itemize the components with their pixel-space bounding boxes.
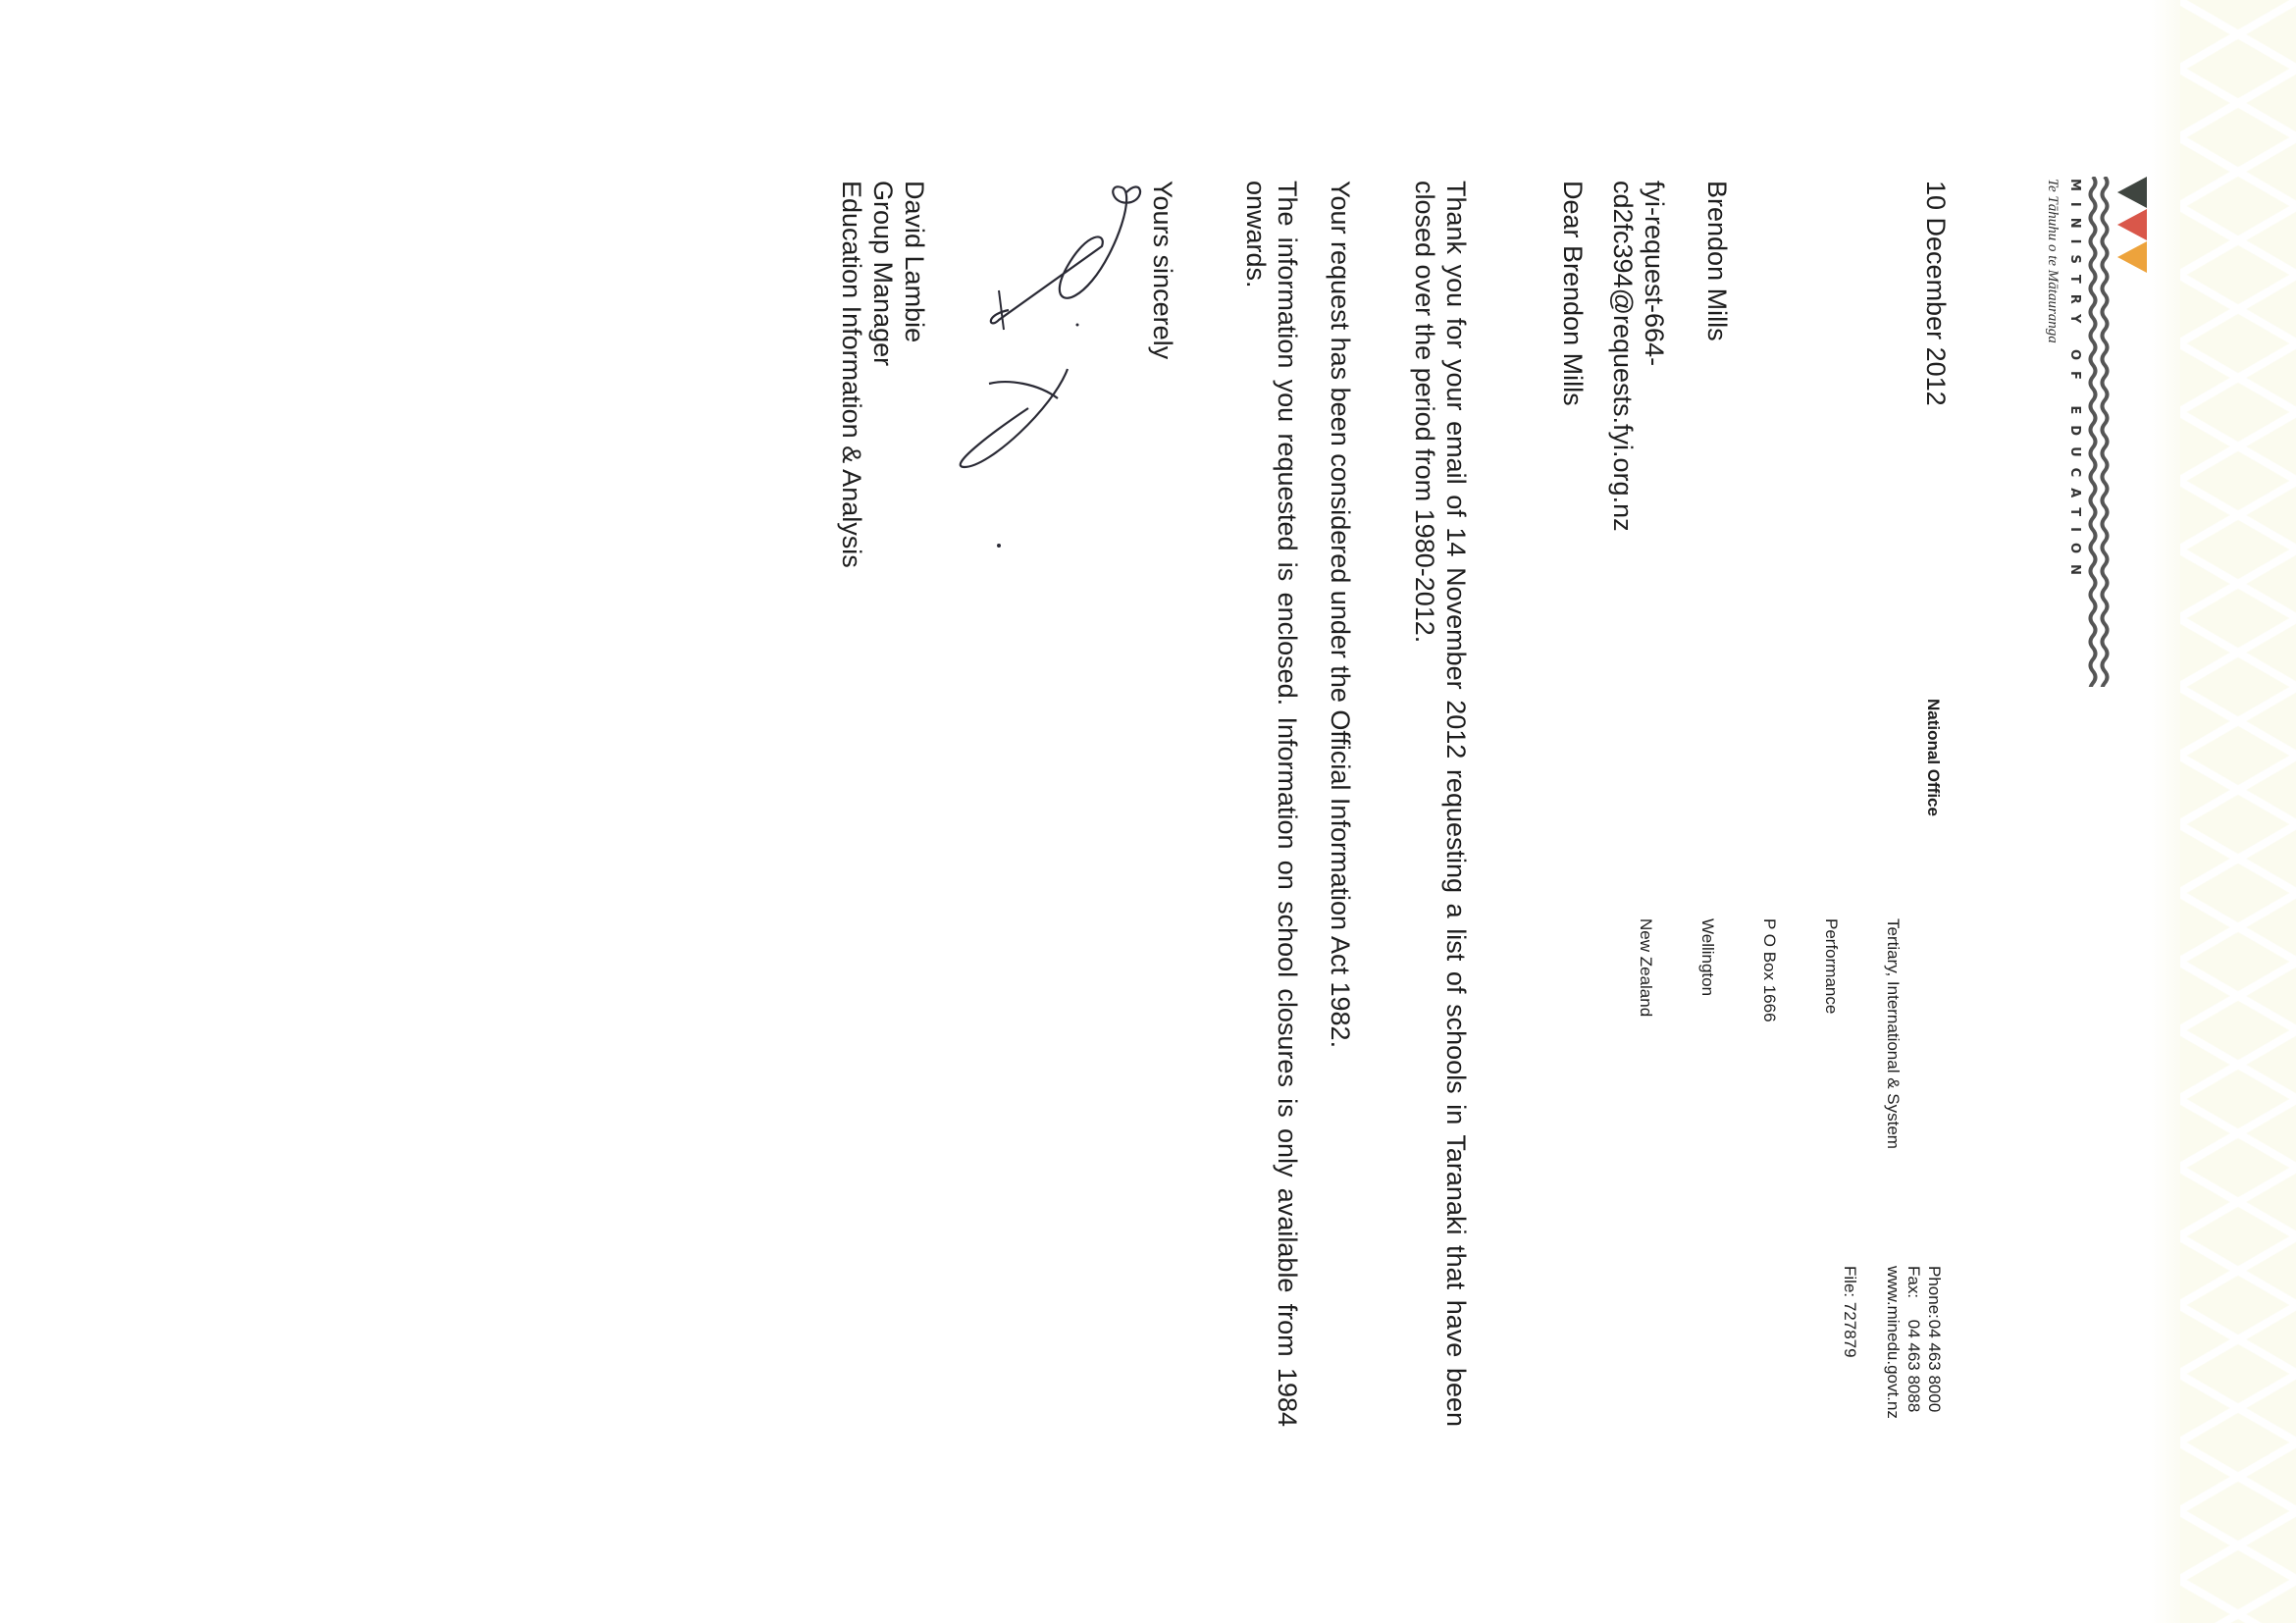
address-line: Wellington	[1697, 918, 1718, 1149]
signatory-name: David Lambie	[899, 181, 930, 568]
phone-label: Phone:	[1924, 1266, 1945, 1315]
body-paragraph: Your request has been considered under t…	[1325, 181, 1356, 1427]
band-fade	[2151, 0, 2180, 1623]
fax-number: 04 463 8088	[1905, 1320, 1923, 1413]
address-line: P O Box 1666	[1759, 918, 1780, 1149]
recipient-email-line1: fyi-request-664-	[1639, 181, 1670, 532]
office-label: National Office	[1923, 699, 1943, 816]
office-address: Tertiary, International & System Perform…	[1594, 918, 1945, 1149]
signatory-block: David Lambie Group Manager Education Inf…	[836, 181, 930, 568]
organisation-name: MINISTRY OF EDUCATION	[2067, 179, 2082, 586]
recipient-email-line2: cd2fc394@requests.fyi.org.nz	[1607, 181, 1639, 532]
contact-details: Phone: 04 463 8000 Fax: 04 463 8088 www.…	[1883, 1266, 1945, 1419]
salutation: Dear Brendon Mills	[1557, 181, 1588, 406]
website: www.minedu.govt.nz	[1883, 1266, 1904, 1419]
organisation-maori-name: Te Tāhuhu o te Mātauranga	[2044, 179, 2061, 343]
recipient-block: Brendon Mills fyi-request-664- cd2fc394@…	[1607, 181, 1733, 532]
body-paragraph: Thank you for your email of 14 November …	[1409, 181, 1472, 1427]
signature-icon	[940, 173, 1146, 585]
logo-waves-icon	[2083, 177, 2113, 687]
letter-page: MINISTRY OF EDUCATION Te Tāhuhu o te Māt…	[0, 0, 2296, 1623]
file-reference: File: 727879	[1840, 1266, 1859, 1358]
address-line: Performance	[1821, 918, 1842, 1149]
logo-triangles-icon	[2112, 177, 2147, 294]
letterhead-pattern-band	[2180, 0, 2296, 1623]
letter-date: 10 December 2012	[1920, 181, 1951, 406]
signatory-title: Group Manager	[867, 181, 899, 568]
address-line: Tertiary, International & System	[1883, 918, 1904, 1149]
body-paragraph: The information you requested is enclose…	[1240, 181, 1303, 1427]
signatory-unit: Education Information & Analysis	[836, 181, 867, 568]
fax-label: Fax:	[1904, 1266, 1924, 1315]
address-line: New Zealand	[1636, 918, 1656, 1149]
recipient-name: Brendon Mills	[1701, 181, 1733, 532]
phone-number: 04 463 8000	[1925, 1320, 1944, 1413]
closing: Yours sincerely	[1147, 181, 1177, 359]
